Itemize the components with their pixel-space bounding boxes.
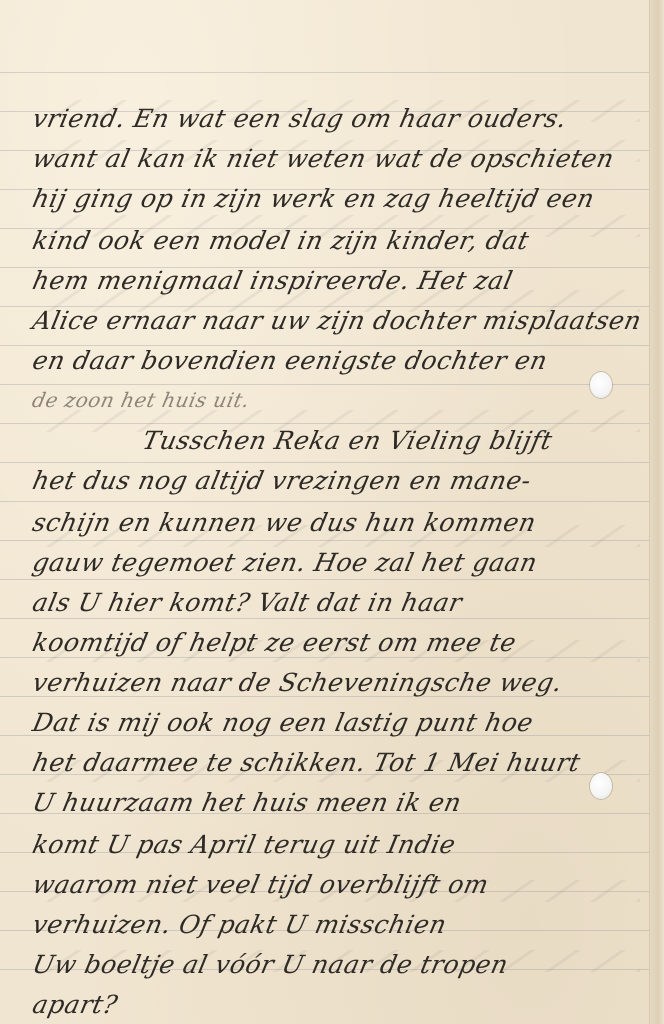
letter-page: vriend. En wat een slag om haar ouders. … — [0, 0, 664, 1024]
text-line: apart? — [30, 990, 120, 1019]
ruled-line — [0, 384, 650, 385]
punch-hole — [590, 372, 612, 398]
punch-hole — [590, 773, 612, 799]
text-line: het daarmee te schikken. Tot 1 Mei huurt — [30, 748, 583, 777]
ruled-line — [0, 72, 650, 73]
text-line: verhuizen naar de Scheveningsche weg. — [30, 668, 565, 697]
text-line: kind ook een model in zijn kinder, dat — [30, 226, 532, 255]
ruled-line — [0, 462, 650, 463]
text-line: hij ging op in zijn werk en zag heeltijd… — [30, 184, 597, 213]
text-line: koomtijd of helpt ze eerst om mee te — [30, 628, 519, 657]
ruled-line — [0, 423, 650, 424]
ruled-line — [0, 579, 650, 580]
text-line: en daar bovendien eenigste dochter en — [30, 346, 550, 375]
text-line: gauw tegemoet zien. Hoe zal het gaan — [30, 548, 540, 577]
text-line: vriend. En wat een slag om haar ouders. — [30, 104, 570, 133]
text-line: de zoon het huis uit. — [30, 388, 252, 412]
ruled-line — [0, 657, 650, 658]
paper-edge — [649, 0, 664, 1024]
text-line: hem menigmaal inspireerde. Het zal — [30, 266, 516, 295]
text-line: Alice ernaar naar uw zijn dochter mispla… — [30, 306, 644, 335]
text-line: verhuizen. Of pakt U misschien — [30, 910, 449, 939]
text-line: Dat is mij ook nog een lastig punt hoe — [30, 708, 536, 737]
ruled-line — [0, 540, 650, 541]
ruled-line — [0, 501, 650, 502]
text-line: het dus nog altijd vrezingen en mane- — [30, 466, 534, 495]
text-line: schijn en kunnen we dus hun kommen — [30, 508, 539, 537]
text-line: als U hier komt? Valt dat in haar — [30, 588, 465, 617]
ruled-line — [0, 618, 650, 619]
text-line: U huurzaam het huis meen ik en — [30, 788, 464, 817]
paragraph-start-line: Tusschen Reka en Vieling blijft — [140, 426, 555, 455]
text-line: waarom niet veel tijd overblijft om — [30, 870, 491, 899]
text-line: want al kan ik niet weten wat de opschie… — [30, 144, 617, 173]
text-line: komt U pas April terug uit Indie — [30, 830, 458, 859]
text-line: Uw boeltje al vóór U naar de tropen — [30, 950, 511, 979]
